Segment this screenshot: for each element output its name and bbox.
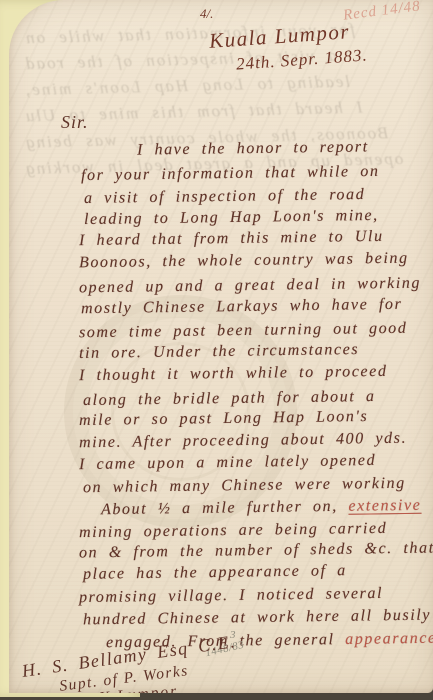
ink-bleedthrough-line: leading to Long Hap Loon's mine, <box>24 72 351 101</box>
letter-line: mostly Chinese Larkays who have for <box>81 296 403 318</box>
letter-scan: for your information that while ona visi… <box>0 0 433 700</box>
letter-line: mile or so past Long Hap Loon's <box>79 408 369 430</box>
letter-line: a visit of inspection of the road <box>84 186 366 208</box>
letter-line: tin ore. Under the circumstances <box>79 341 359 363</box>
letter-line: along the bridle path for about a <box>83 388 376 410</box>
letter-line: I came upon a mine lately opened <box>79 452 376 474</box>
letter-line: some time past been turning out good <box>79 320 408 343</box>
letter-line: About ½ a mile further on, extensive <box>101 497 422 519</box>
letter-line: opened up and a great deal in working <box>79 275 421 298</box>
salutation: Sir. <box>61 112 89 133</box>
letter-line: I have the honor to report <box>137 138 369 159</box>
letter-line: mine. After proceeding about 400 yds. <box>79 430 407 453</box>
letter-line: I thought it worth while to proceed <box>79 363 388 385</box>
letter-line: promising village. I noticed several <box>79 585 383 607</box>
letter-line: for your information that while on <box>81 163 380 185</box>
letter-line: I heard that from this mine to Ulu <box>79 228 384 250</box>
letter-line: hundred Chinese at work here all busily <box>83 607 431 630</box>
letter-line: on & from the number of sheds &c. that <box>79 540 433 563</box>
file-mark: 4/. <box>200 6 213 22</box>
letter-line: on which many Chinese were working <box>83 475 406 498</box>
letter-line: place has the appearance of a <box>83 562 347 584</box>
letter-line: Boonoos, the whole country was being <box>79 250 409 273</box>
letter-line: mining operations are being carried <box>79 520 388 542</box>
letter-line: leading to Long Hap Loon's mine, <box>84 207 379 229</box>
letter-paper: for your information that while ona visi… <box>9 0 433 693</box>
received-annotation: Recd 14/48 <box>342 0 421 25</box>
